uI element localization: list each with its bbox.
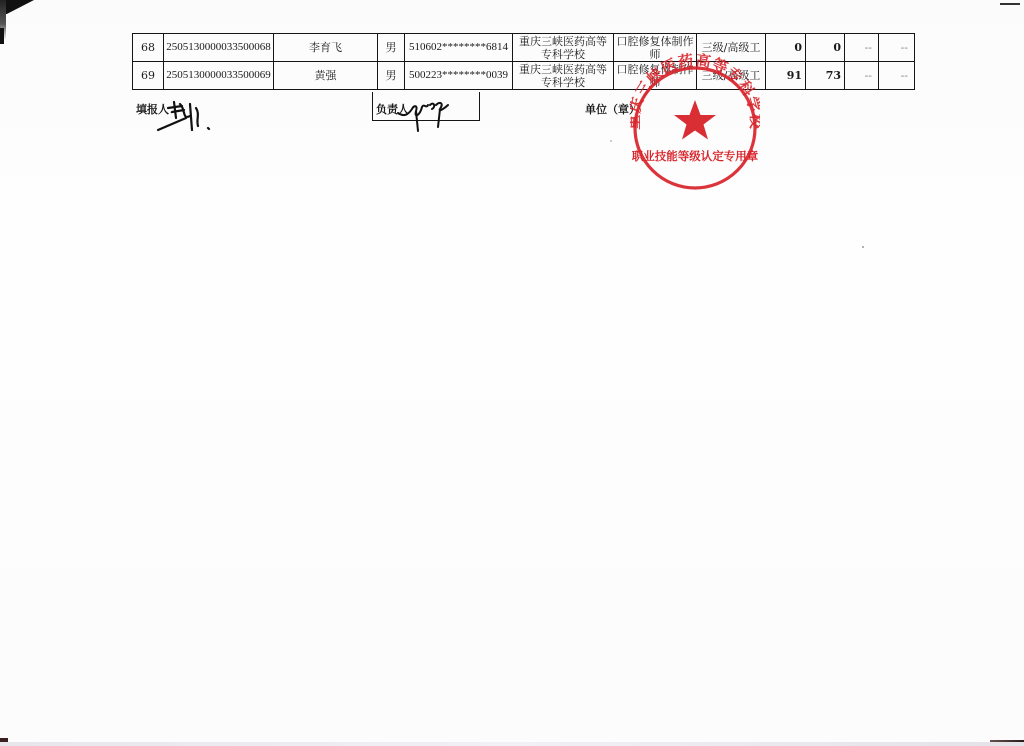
theory-score-cell: 0 — [766, 34, 806, 62]
extra-cell: -- — [879, 34, 915, 62]
practice-score-cell: 73 — [806, 62, 845, 90]
official-seal: 重庆三峡医药高等专科学校 职业技能等级认定专用章 — [630, 44, 760, 192]
certification-table: 68 2505130000033500068 李育飞 男 510602*****… — [132, 33, 915, 90]
seal-inner-text: 职业技能等级认定专用章 — [632, 149, 759, 163]
seq-cell: 69 — [133, 62, 164, 90]
scan-bottom-edge — [0, 742, 1024, 746]
cert-no-cell: 2505130000033500068 — [164, 34, 274, 62]
school-cell: 重庆三峡医药高等专科学校 — [513, 34, 614, 62]
extra-cell: -- — [845, 62, 879, 90]
id-no-cell: 510602********6814 — [405, 34, 513, 62]
gender-cell: 男 — [378, 62, 405, 90]
scan-speck — [862, 246, 864, 248]
id-no-cell: 500223********0039 — [405, 62, 513, 90]
theory-score-cell: 91 — [766, 62, 806, 90]
extra-cell: -- — [879, 62, 915, 90]
table-row: 69 2505130000033500069 黄强 男 500223******… — [133, 62, 915, 90]
practice-score-cell: 0 — [806, 34, 845, 62]
scan-speck — [610, 140, 612, 142]
seq-cell: 68 — [133, 34, 164, 62]
scanned-page: 68 2505130000033500068 李育飞 男 510602*****… — [0, 0, 1024, 746]
name-cell: 黄强 — [274, 62, 378, 90]
scan-mark — [1000, 3, 1020, 5]
name-cell: 李育飞 — [274, 34, 378, 62]
extra-cell: -- — [845, 34, 879, 62]
school-cell: 重庆三峡医药高等专科学校 — [513, 62, 614, 90]
table-row: 68 2505130000033500068 李育飞 男 510602*****… — [133, 34, 915, 62]
gender-cell: 男 — [378, 34, 405, 62]
scan-shadow-edge — [0, 28, 4, 44]
cert-no-cell: 2505130000033500069 — [164, 62, 274, 90]
star-icon — [674, 100, 716, 140]
responsible-signature — [396, 93, 456, 133]
filler-signature — [152, 96, 222, 136]
